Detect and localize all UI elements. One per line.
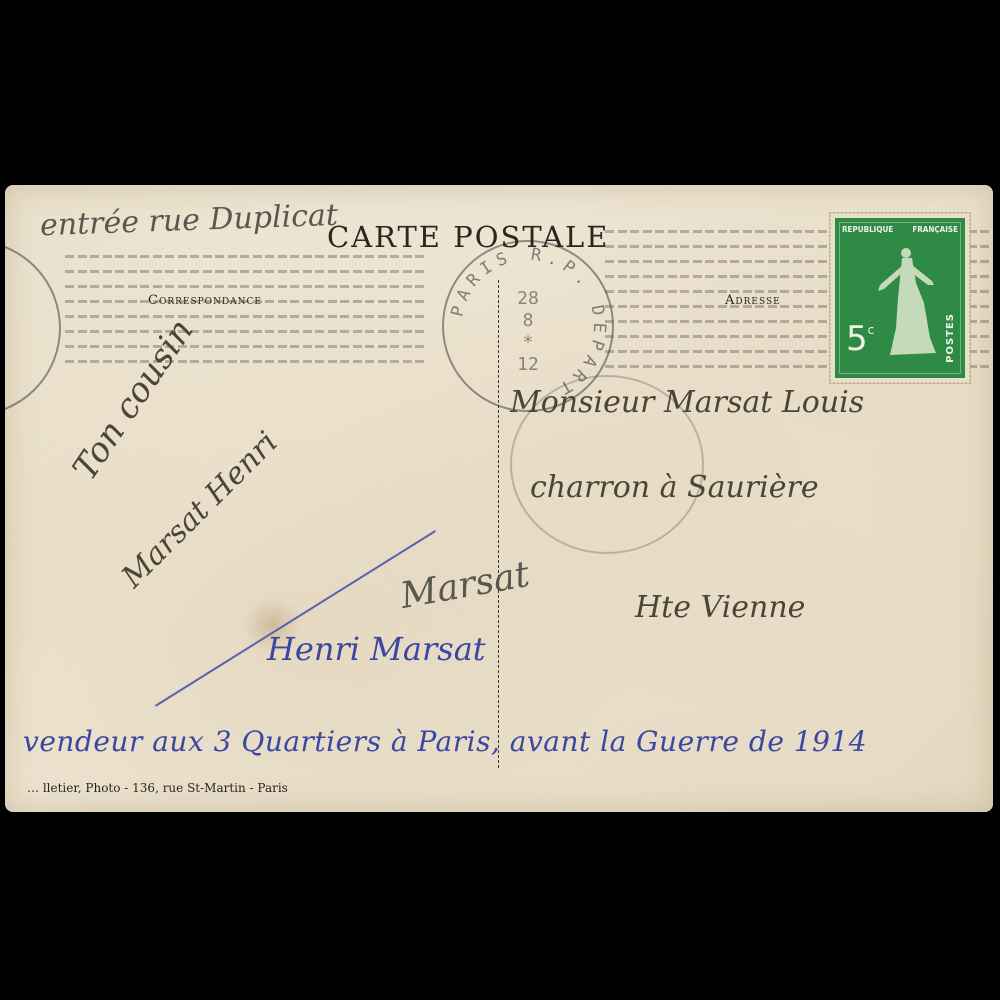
printer-credit: … lletier, Photo - 136, rue St-Martin - … [27, 781, 288, 795]
handwriting-marsat-henri: Marsat Henri [115, 425, 285, 595]
blue-diagonal-line [155, 530, 436, 706]
correspondence-label: Correspondance [148, 293, 262, 308]
handwriting-caption-blue: vendeur aux 3 Quartiers à Paris, avant l… [23, 725, 867, 758]
postmark-date: 28 8 * 12 [444, 288, 612, 376]
address-line-1: Monsieur Marsat Louis [510, 385, 864, 420]
cancellation-lines-left [65, 255, 425, 375]
stamp-country: REPUBLIQUEFRANÇAISE [842, 225, 958, 234]
address-line-2: charron à Saurière [530, 470, 819, 505]
address-line-3: Hte Vienne [635, 590, 805, 625]
handwriting-marsat-pencil: Marsat [397, 554, 532, 617]
center-divider [498, 280, 499, 770]
address-label: Adresse [725, 293, 781, 308]
handwriting-henri-marsat-blue: Henri Marsat [267, 630, 486, 668]
stamp-postes-label: POSTES [945, 313, 956, 363]
sower-icon [870, 243, 940, 363]
stamp-value: 5c [846, 319, 874, 359]
postcard: PARIS R.P. DEPART 28 8 * 12 CARTE POSTAL… [5, 185, 993, 812]
postmark-partial-left [5, 240, 61, 416]
card-title: CARTE POSTALE [327, 220, 609, 254]
handwriting-top-pencil: entrée rue Duplicat [39, 198, 338, 243]
postage-stamp: REPUBLIQUEFRANÇAISE 5c POSTES [830, 213, 970, 383]
